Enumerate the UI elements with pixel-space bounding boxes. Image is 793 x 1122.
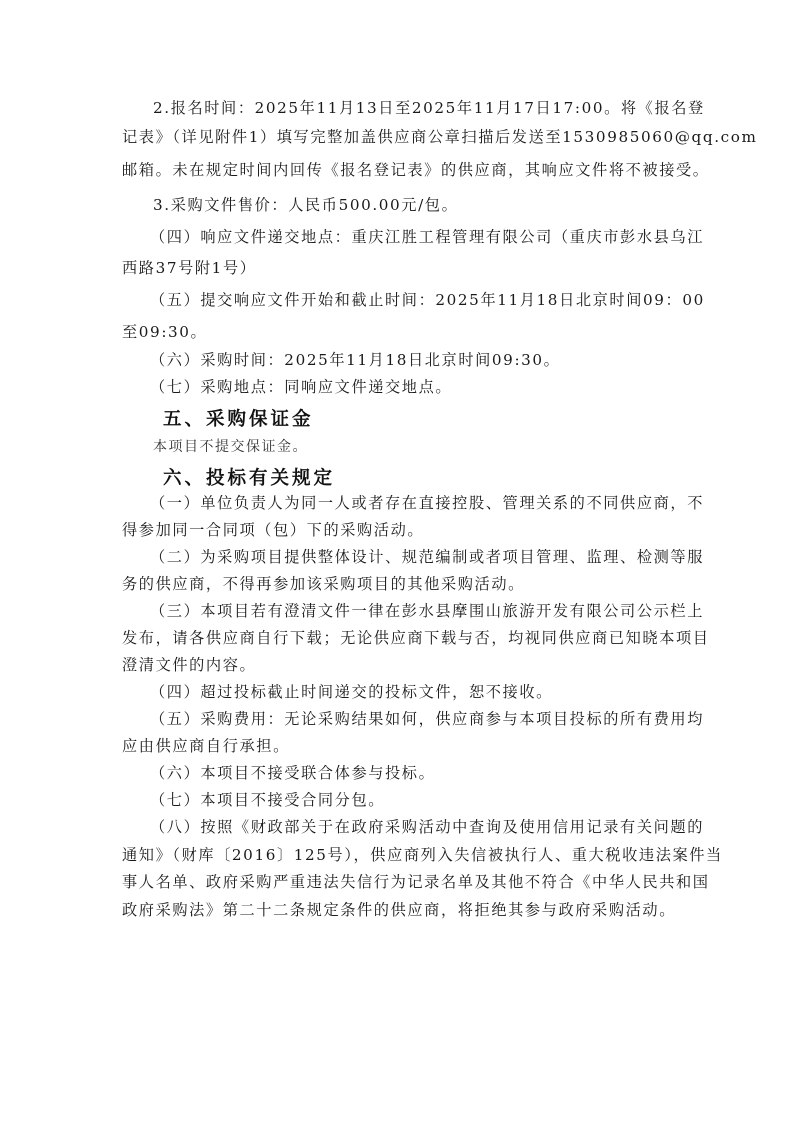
- rule-3-line-2: 发布，请各供应商自行下载；无论供应商下载与否，均视同供应商已知晓本项目: [122, 628, 674, 648]
- rule-1-line-1: （一）单位负责人为同一人或者存在直接控股、管理关系的不同供应商，不: [150, 493, 674, 513]
- rule-8-line-2: 通知》（财库〔2016〕125号），供应商列入失信被执行人、重大税收违法案件当: [122, 845, 674, 865]
- section-heading-deposit: 五、采购保证金: [163, 405, 314, 431]
- submission-location-line-1: （四）响应文件递交地点：重庆江胜工程管理有限公司（重庆市彭水县乌江: [150, 227, 674, 247]
- rule-5-line-1: （五）采购费用：无论采购结果如何，供应商参与本项目投标的所有费用均: [150, 709, 674, 729]
- rule-5-line-2: 应由供应商自行承担。: [122, 736, 674, 756]
- procurement-location-line: （七）采购地点：同响应文件递交地点。: [150, 377, 674, 397]
- rule-8-line-3: 事人名单、政府采购严重违法失信行为记录名单及其他不符合《中华人民共和国: [122, 872, 674, 892]
- rule-8-line-1: （八）按照《财政部关于在政府采购活动中查询及使用信用记录有关问题的: [150, 817, 674, 837]
- submission-time-line-2: 至09:30。: [122, 322, 674, 342]
- registration-time-line-1: 2.报名时间：2025年11月13日至2025年11月17日17:00。将《报名…: [153, 98, 674, 118]
- rule-6-line: （六）本项目不接受联合体参与投标。: [150, 763, 674, 783]
- rule-7-line: （七）本项目不接受合同分包。: [150, 790, 674, 810]
- submission-location-line-2: 西路37号附1号）: [122, 258, 674, 278]
- rule-3-line-3: 澄清文件的内容。: [122, 655, 674, 675]
- registration-time-line-2: 记表》（详见附件1）填写完整加盖供应商公章扫描后发送至1530985060@qq…: [122, 127, 674, 147]
- rule-1-line-2: 得参加同一合同项（包）下的采购活动。: [122, 520, 674, 540]
- rule-8-line-4: 政府采购法》第二十二条规定条件的供应商，将拒绝其参与政府采购活动。: [122, 900, 674, 920]
- document-price-line: 3.采购文件售价：人民币500.00元/包。: [153, 195, 677, 215]
- rule-3-line-1: （三）本项目若有澄清文件一律在彭水县摩围山旅游开发有限公司公示栏上: [150, 601, 674, 621]
- rule-2-line-1: （二）为采购项目提供整体设计、规范编制或者项目管理、监理、检测等服: [150, 547, 674, 567]
- registration-time-line-3: 邮箱。未在规定时间内回传《报名登记表》的供应商，其响应文件将不被接受。: [122, 160, 674, 180]
- procurement-time-line: （六）采购时间：2025年11月18日北京时间09:30。: [150, 350, 674, 370]
- rule-4-line: （四）超过投标截止时间递交的投标文件，恕不接收。: [150, 682, 674, 702]
- rule-2-line-2: 务的供应商，不得再参加该采购项目的其他采购活动。: [122, 574, 674, 594]
- submission-time-line-1: （五）提交响应文件开始和截止时间：2025年11月18日北京时间09：00: [150, 290, 674, 310]
- deposit-text: 本项目不提交保证金。: [153, 437, 308, 457]
- section-heading-bidding-rules: 六、投标有关规定: [163, 464, 335, 490]
